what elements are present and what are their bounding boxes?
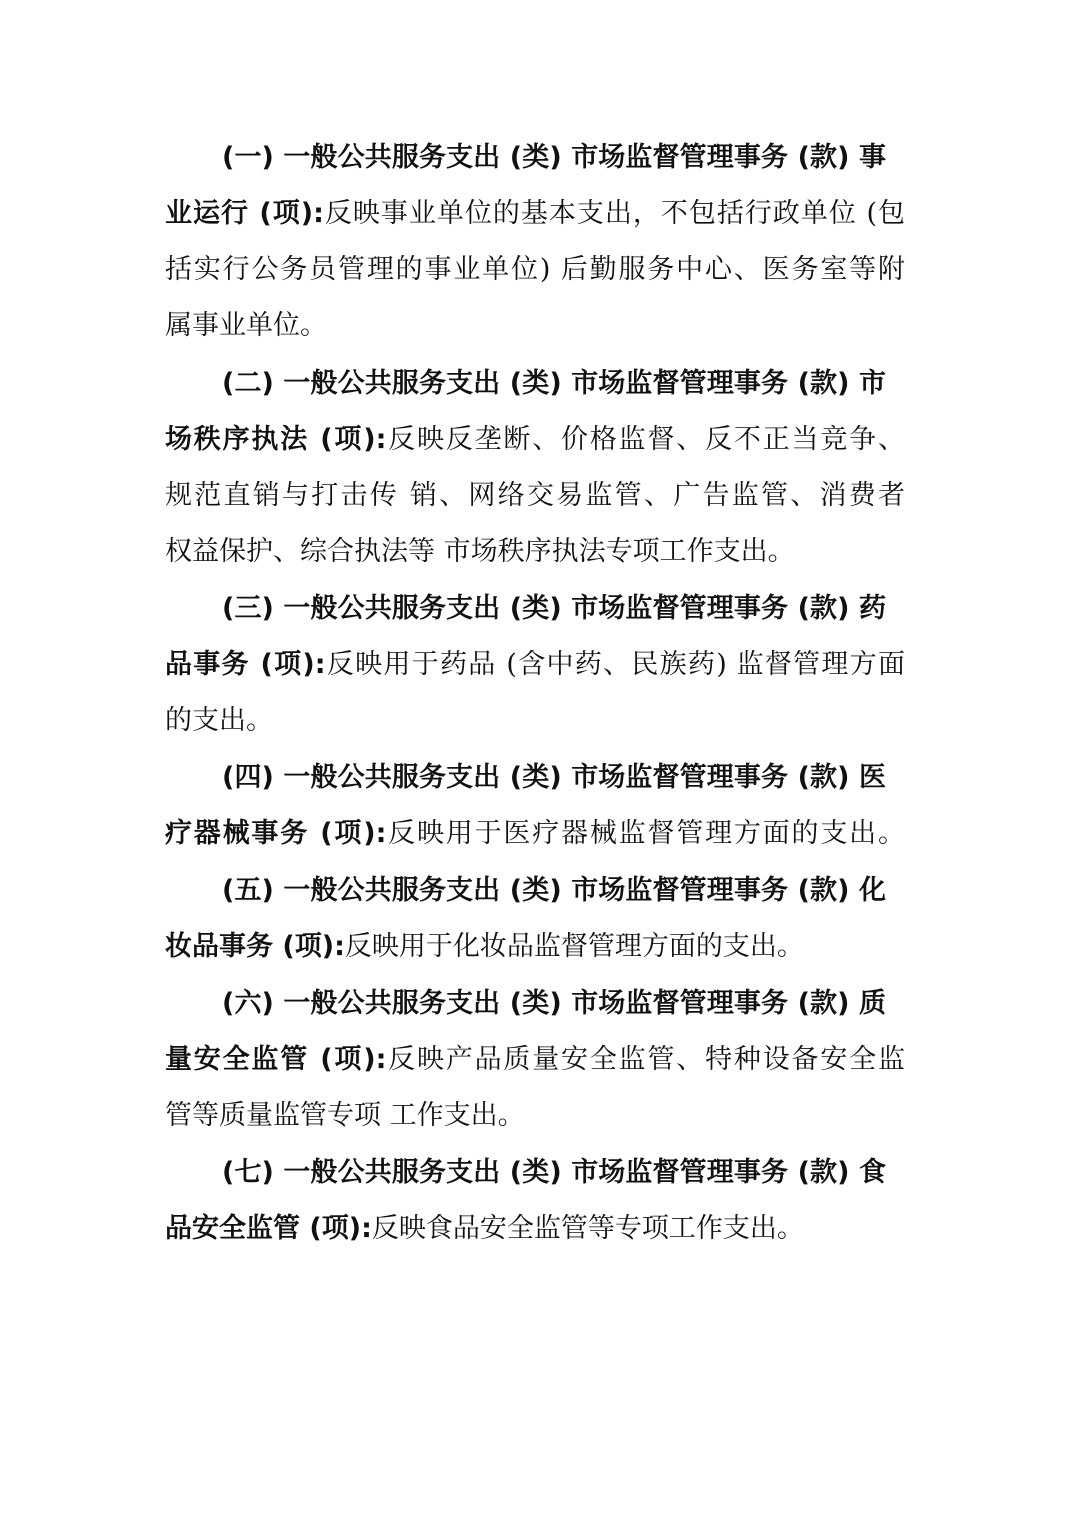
section-5-line-2: 妆品事务 (项):反映用于化妆品监督管理方面的支出。 <box>165 927 905 967</box>
section-6-heading: (六) 一般公共服务支出 (类) 市场监督管理事务 (款) 质 <box>222 988 886 1019</box>
section-1-heading: (一) 一般公共服务支出 (类) 市场监督管理事务 (款) 事 <box>222 142 886 173</box>
section-3-line-1: (三) 一般公共服务支出 (类) 市场监督管理事务 (款) 药 <box>222 589 886 629</box>
section-7-text: 反映食品安全监管等专项工作支出。 <box>372 1213 804 1244</box>
section-7-line-2: 品安全监管 (项):反映食品安全监管等专项工作支出。 <box>165 1209 905 1249</box>
section-1-line-1: (一) 一般公共服务支出 (类) 市场监督管理事务 (款) 事 <box>222 138 886 178</box>
section-3-line-2: 品事务 (项):反映用于药品 (含中药、民族药) 监督管理方面 <box>165 645 905 685</box>
section-7-line-1: (七) 一般公共服务支出 (类) 市场监督管理事务 (款) 食 <box>222 1153 886 1193</box>
section-2-heading-tail: 场秩序执法 (项): <box>165 424 386 455</box>
section-1-line-2: 业运行 (项):反映事业单位的基本支出，不包括行政单位 (包 <box>165 194 905 234</box>
section-6-heading-tail: 量安全监管 (项): <box>165 1044 386 1075</box>
section-2-text: 规范直销与打击传 销、网络交易监管、广告监管、消费者 <box>165 480 905 511</box>
section-2-line-3: 规范直销与打击传 销、网络交易监管、广告监管、消费者 <box>165 476 905 516</box>
section-1-line-3: 括实行公务员管理的事业单位) 后勤服务中心、医务室等附 <box>165 250 905 290</box>
document-page: (一) 一般公共服务支出 (类) 市场监督管理事务 (款) 事 业运行 (项):… <box>0 0 1074 1520</box>
section-4-heading: (四) 一般公共服务支出 (类) 市场监督管理事务 (款) 医 <box>222 762 886 793</box>
section-1-line-4: 属事业单位。 <box>165 306 905 346</box>
section-4-text: 反映用于医疗器械监督管理方面的支出。 <box>386 818 905 849</box>
section-1-text: 括实行公务员管理的事业单位) 后勤服务中心、医务室等附 <box>165 254 905 285</box>
section-6-line-3: 管等质量监管专项 工作支出。 <box>165 1096 905 1136</box>
section-2-text: 权益保护、综合执法等 市场秩序执法专项工作支出。 <box>165 536 795 567</box>
section-3-line-3: 的支出。 <box>165 701 905 741</box>
section-4-line-1: (四) 一般公共服务支出 (类) 市场监督管理事务 (款) 医 <box>222 758 886 798</box>
section-3-text: 的支出。 <box>165 705 273 736</box>
section-3-text: 反映用于药品 (含中药、民族药) 监督管理方面 <box>326 649 905 680</box>
section-2-heading: (二) 一般公共服务支出 (类) 市场监督管理事务 (款) 市 <box>222 368 886 399</box>
section-2-line-2: 场秩序执法 (项):反映反垄断、价格监督、反不正当竞争、 <box>165 420 905 460</box>
section-6-line-1: (六) 一般公共服务支出 (类) 市场监督管理事务 (款) 质 <box>222 984 886 1024</box>
section-7-heading: (七) 一般公共服务支出 (类) 市场监督管理事务 (款) 食 <box>222 1157 886 1188</box>
section-2-line-1: (二) 一般公共服务支出 (类) 市场监督管理事务 (款) 市 <box>222 364 886 404</box>
section-3-heading: (三) 一般公共服务支出 (类) 市场监督管理事务 (款) 药 <box>222 593 886 624</box>
section-1-heading-tail: 业运行 (项): <box>165 198 324 229</box>
section-6-text: 反映产品质量安全监管、特种设备安全监 <box>386 1044 905 1075</box>
section-5-heading: (五) 一般公共服务支出 (类) 市场监督管理事务 (款) 化 <box>222 875 886 906</box>
section-2-line-4: 权益保护、综合执法等 市场秩序执法专项工作支出。 <box>165 532 905 572</box>
section-5-line-1: (五) 一般公共服务支出 (类) 市场监督管理事务 (款) 化 <box>222 871 886 911</box>
section-3-heading-tail: 品事务 (项): <box>165 649 326 680</box>
section-4-heading-tail: 疗器械事务 (项): <box>165 818 386 849</box>
section-1-text: 反映事业单位的基本支出，不包括行政单位 (包 <box>324 198 905 229</box>
section-6-line-2: 量安全监管 (项):反映产品质量安全监管、特种设备安全监 <box>165 1040 905 1080</box>
section-2-text: 反映反垄断、价格监督、反不正当竞争、 <box>386 424 905 455</box>
section-6-text: 管等质量监管专项 工作支出。 <box>165 1100 525 1131</box>
section-4-line-2: 疗器械事务 (项):反映用于医疗器械监督管理方面的支出。 <box>165 814 905 854</box>
section-5-text: 反映用于化妆品监督管理方面的支出。 <box>345 931 804 962</box>
section-1-text: 属事业单位。 <box>165 310 327 341</box>
section-7-heading-tail: 品安全监管 (项): <box>165 1213 372 1244</box>
section-5-heading-tail: 妆品事务 (项): <box>165 931 345 962</box>
